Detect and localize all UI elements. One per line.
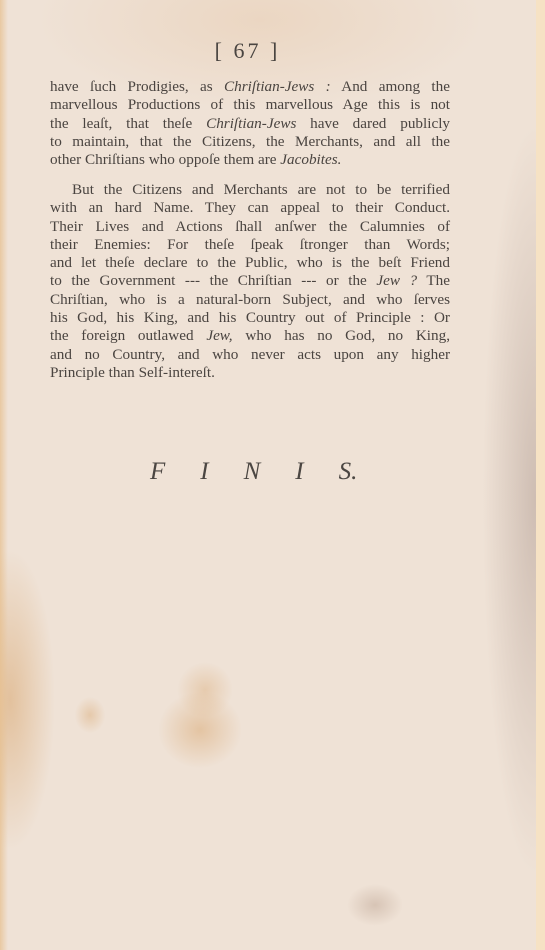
text-line: Their Lives and Actions ſhall anſwer the… <box>50 218 450 236</box>
page-left-edge-stain <box>0 0 8 950</box>
paragraph-2: But the Citizens and Merchants are not t… <box>50 181 450 382</box>
text-line: Chriſtian, who is a natural-born Subject… <box>50 291 450 309</box>
text-line: and no Country, and who never acts upon … <box>50 346 450 364</box>
finis-letter: S. <box>339 458 358 486</box>
text-line: Principle than Self-intereſt. <box>50 364 450 382</box>
finis-letter: I <box>295 458 303 486</box>
finis-heading: FINIS. <box>150 458 357 486</box>
text-line: and let theſe declare to the Public, who… <box>50 254 450 272</box>
text-line: his God, his King, and his Country out o… <box>50 309 450 327</box>
text-line: with an hard Name. They can appeal to th… <box>50 199 450 217</box>
finis-letter: F <box>150 458 165 486</box>
finis-letter: I <box>200 458 208 486</box>
text-line: to the Government --- the Chriſtian --- … <box>50 272 450 290</box>
text-line: marvellous Productions of this marvellou… <box>50 96 450 114</box>
text-line: to maintain, that the Citizens, the Merc… <box>50 133 450 151</box>
page-margin-strip <box>536 0 545 950</box>
text-line: have ſuch Prodigies, as Chriſtian-Jews :… <box>50 78 450 96</box>
paragraph-1: have ſuch Prodigies, as Chriſtian-Jews :… <box>50 78 450 169</box>
text-line: their Enemies: For theſe ſpeak ſtronger … <box>50 236 450 254</box>
page-number: [ 67 ] <box>0 38 495 64</box>
text-line: other Chriſtians who oppoſe them are Jac… <box>50 151 450 169</box>
text-line: the foreign outlawed Jew, who has no God… <box>50 327 450 345</box>
text-line: But the Citizens and Merchants are not t… <box>50 181 450 199</box>
text-line: the leaſt, that theſe Chriſtian-Jews hav… <box>50 115 450 133</box>
finis-letter: N <box>244 458 261 486</box>
